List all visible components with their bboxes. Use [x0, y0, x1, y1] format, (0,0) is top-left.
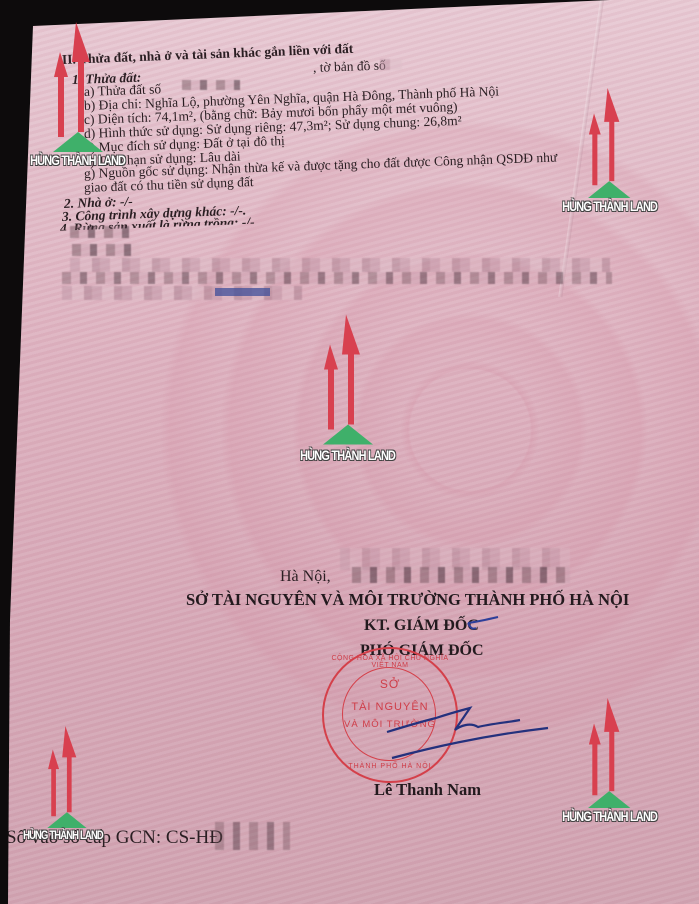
redacted-certificate-number: [215, 822, 290, 850]
watermark-logo-top-right: HÙNG THÀNH LAND: [550, 88, 660, 214]
watermark-logo-center: HÙNG THÀNH LAND: [288, 312, 398, 463]
signer-name: Lê Thanh Nam: [374, 780, 481, 800]
watermark-logo-bottom-right: HÙNG THÀNH LAND: [550, 698, 660, 824]
building-logo-icon: [570, 88, 640, 198]
watermark-logo-top-left: HÙNG THÀNH LAND: [18, 22, 128, 168]
building-logo-icon: [38, 22, 108, 152]
watermark-logo-bottom-left: HÙNG THÀNH LAND: [8, 726, 118, 842]
building-logo-icon: [28, 726, 98, 828]
building-logo-icon: [308, 312, 378, 447]
building-logo-icon: [570, 698, 640, 808]
